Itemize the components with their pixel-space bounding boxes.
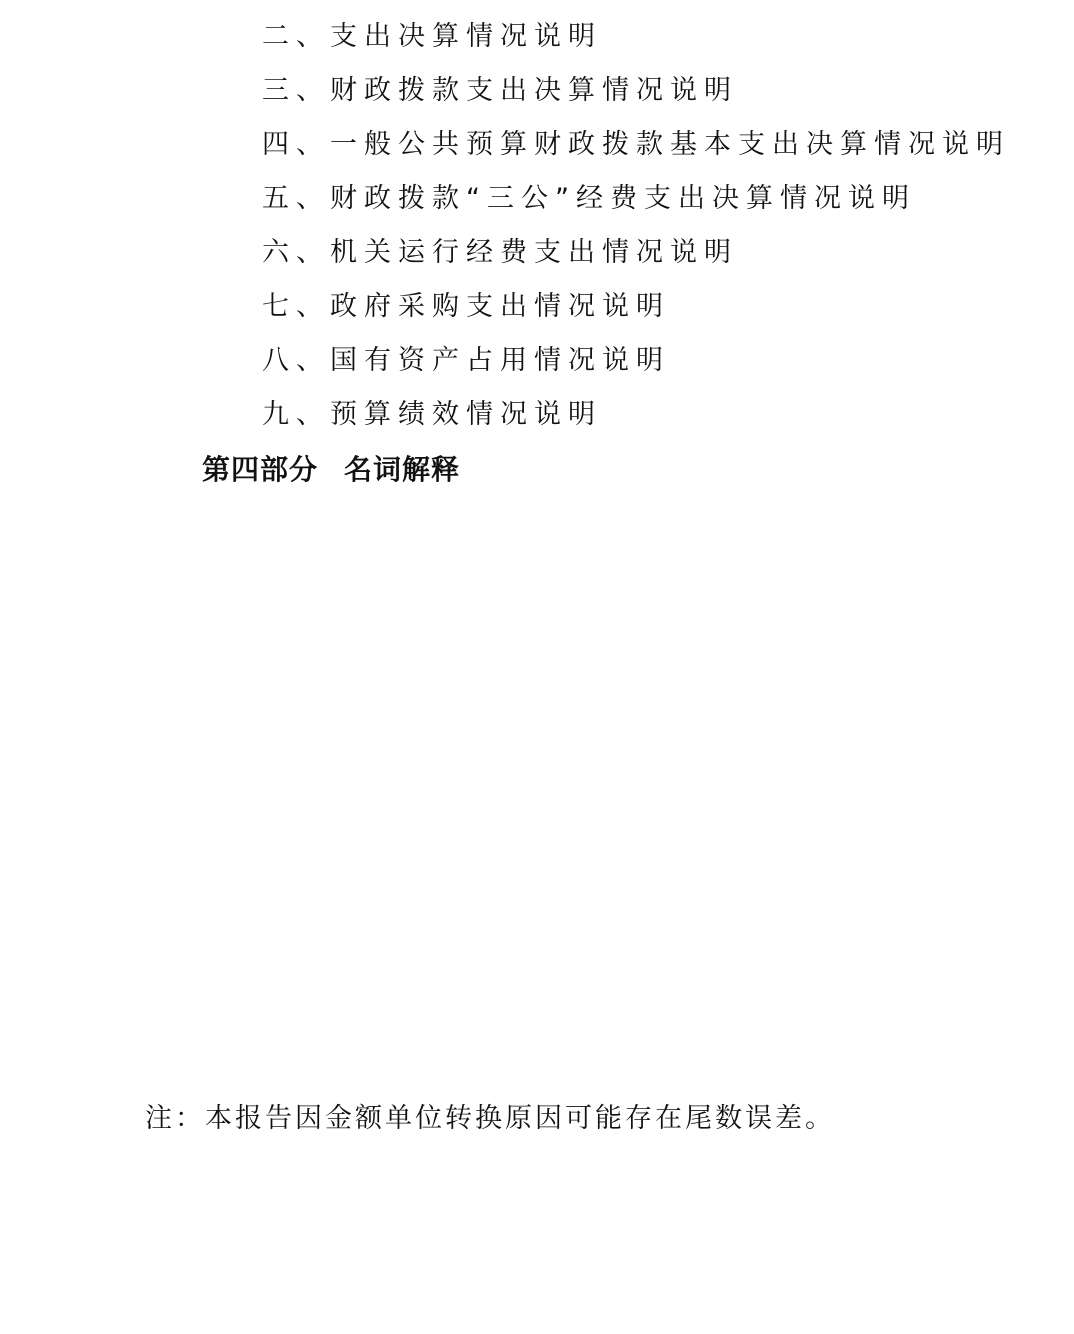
toc-item-title: 政府采购支出情况说明 — [330, 291, 670, 322]
toc-item-7[interactable]: 七、政府采购支出情况说明 — [262, 289, 670, 325]
toc-item-3[interactable]: 三、财政拨款支出决算情况说明 — [262, 73, 738, 109]
toc-item-number: 七、 — [262, 291, 330, 322]
toc-item-title: 支出决算情况说明 — [330, 21, 602, 52]
toc-item-number: 八、 — [262, 345, 330, 376]
toc-item-number: 九、 — [262, 399, 330, 430]
toc-item-title: 一般公共预算财政拨款基本支出决算情况说明 — [330, 129, 1010, 160]
part-label: 第四部分 — [202, 453, 318, 486]
toc-item-title: 机关运行经费支出情况说明 — [330, 237, 738, 268]
toc-item-title: 财政拨款“三公”经费支出决算情况说明 — [330, 183, 916, 214]
toc-item-4[interactable]: 四、一般公共预算财政拨款基本支出决算情况说明 — [262, 127, 1010, 163]
part-title: 名词解释 — [344, 453, 460, 486]
part-four-heading[interactable]: 第四部分名词解释 — [202, 451, 460, 489]
footnote: 注：本报告因金额单位转换原因可能存在尾数误差。 — [145, 1101, 835, 1137]
toc-item-title: 预算绩效情况说明 — [330, 399, 602, 430]
toc-item-number: 四、 — [262, 129, 330, 160]
toc-item-8[interactable]: 八、国有资产占用情况说明 — [262, 343, 670, 379]
toc-item-number: 六、 — [262, 237, 330, 268]
toc-item-title: 国有资产占用情况说明 — [330, 345, 670, 376]
toc-item-number: 二、 — [262, 21, 330, 52]
toc-item-9[interactable]: 九、预算绩效情况说明 — [262, 397, 602, 433]
toc-item-number: 三、 — [262, 75, 330, 106]
toc-item-6[interactable]: 六、机关运行经费支出情况说明 — [262, 235, 738, 271]
toc-item-5[interactable]: 五、财政拨款“三公”经费支出决算情况说明 — [262, 181, 916, 217]
toc-item-title: 财政拨款支出决算情况说明 — [330, 75, 738, 106]
toc-item-number: 五、 — [262, 183, 330, 214]
toc-item-2[interactable]: 二、支出决算情况说明 — [262, 19, 602, 55]
